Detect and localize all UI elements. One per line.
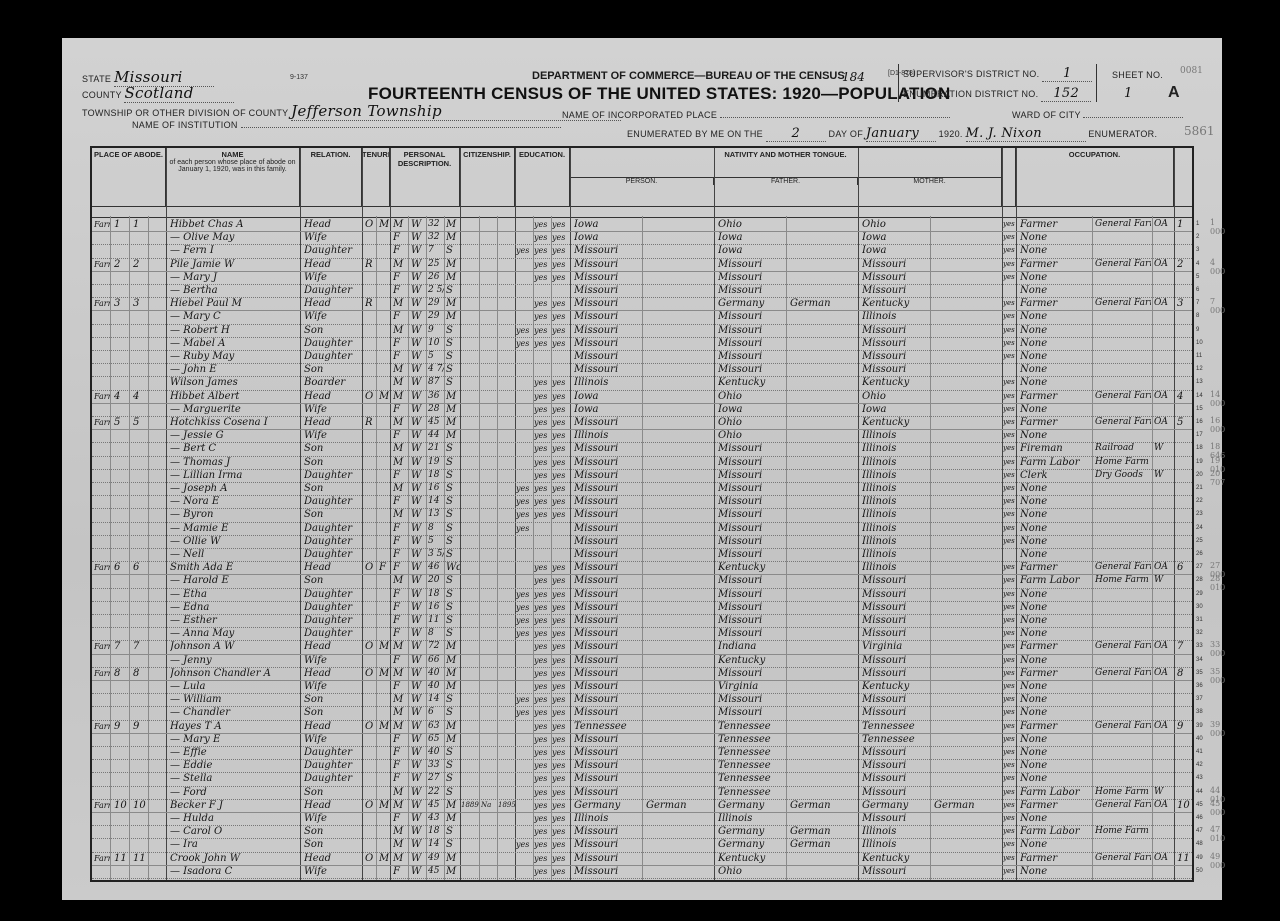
street-cell: Farm <box>94 258 110 271</box>
write-cell: yes <box>552 680 569 693</box>
sex-cell: F <box>393 614 407 627</box>
mother-tongue-cell <box>934 825 1000 838</box>
immigration-year-cell <box>461 456 479 469</box>
name-heading: NAME <box>166 148 299 159</box>
marital-cell: M <box>446 799 460 812</box>
family-cell <box>133 469 147 482</box>
family-cell <box>133 759 147 772</box>
marital-cell: S <box>446 376 460 389</box>
line-number: 31 <box>1196 617 1203 623</box>
line-number: 28 <box>1196 577 1203 583</box>
marital-cell: Wd <box>446 561 460 574</box>
write-cell: yes <box>552 786 569 799</box>
table-row: — Carol O Son M W 18 S yes yes Missouri … <box>92 825 1192 839</box>
line-number: 6 <box>1196 287 1199 293</box>
mother-tongue-cell <box>934 363 1000 376</box>
mortgage-cell <box>379 865 389 878</box>
mother-birthplace-cell: Missouri <box>862 601 928 614</box>
table-row: — Mary C Wife F W 29 M yes yes Missouri … <box>92 310 1192 324</box>
birthplace-cell: Missouri <box>574 469 640 482</box>
house-cell <box>114 825 128 838</box>
margin-number: 4 000 <box>1210 258 1225 276</box>
trade-cell: None <box>1020 363 1090 376</box>
table-row: — Esther Daughter F W 11 S yes yes yes M… <box>92 614 1192 628</box>
read-cell <box>534 548 551 561</box>
tongue-cell <box>646 852 712 865</box>
naturalized-year-cell <box>498 337 515 350</box>
trade-cell: None <box>1020 838 1090 851</box>
english-cell: yes <box>1003 693 1016 706</box>
mother-tongue-cell <box>934 324 1000 337</box>
marital-cell: S <box>446 786 460 799</box>
family-cell <box>133 825 147 838</box>
relation-heading: RELATION. <box>300 148 361 159</box>
race-cell: W <box>411 588 425 601</box>
mother-birthplace-cell: Iowa <box>862 231 928 244</box>
farm-cell <box>1177 350 1192 363</box>
birthplace-cell: Missouri <box>574 297 640 310</box>
class-cell <box>1154 376 1174 389</box>
industry-cell: General Farm <box>1095 640 1151 653</box>
birthplace-cell: Iowa <box>574 231 640 244</box>
race-cell: W <box>411 324 425 337</box>
institution-label: NAME OF INSTITUTION <box>132 120 238 130</box>
table-row: — John E Son M W 4 7/12 S Missouri Misso… <box>92 363 1192 377</box>
birthplace-cell: Missouri <box>574 746 640 759</box>
street-cell: Farm <box>94 640 110 653</box>
naturalized-year-cell <box>498 838 515 851</box>
mortgage-cell <box>379 482 389 495</box>
name-cell: — Nell <box>170 548 298 561</box>
english-cell: yes <box>1003 231 1016 244</box>
school-cell: yes <box>516 601 533 614</box>
father-birthplace-cell: Missouri <box>718 522 784 535</box>
house-cell: 1 <box>114 218 128 231</box>
birthplace-cell: Missouri <box>574 522 640 535</box>
immigration-year-cell <box>461 838 479 851</box>
class-cell: OA <box>1154 258 1174 271</box>
tongue-cell <box>646 812 712 825</box>
write-cell: yes <box>552 429 569 442</box>
industry-cell <box>1095 548 1151 561</box>
table-row: Farm 2 2 Pile Jamie W Head R M W 25 M ye… <box>92 258 1192 272</box>
race-cell: W <box>411 429 425 442</box>
race-cell: W <box>411 759 425 772</box>
school-cell: yes <box>516 495 533 508</box>
father-tongue-cell <box>790 324 856 337</box>
english-cell: yes <box>1003 522 1016 535</box>
birthplace-cell: Missouri <box>574 482 640 495</box>
naturalized-year-cell <box>498 456 515 469</box>
sex-cell: F <box>393 522 407 535</box>
naturalized-year-cell <box>498 350 515 363</box>
table-row: — Mamie E Daughter F W 8 S yes Missouri … <box>92 522 1192 536</box>
mother-birthplace-cell: Missouri <box>862 614 928 627</box>
line-number: 33 <box>1196 643 1203 649</box>
name-cell: — Chandler <box>170 706 298 719</box>
tenure-heading: TENURE. <box>362 148 389 159</box>
naturalized-year-cell <box>498 733 515 746</box>
farm-cell <box>1177 746 1192 759</box>
trade-cell: None <box>1020 508 1090 521</box>
trade-cell: None <box>1020 812 1090 825</box>
name-cell: — Lillian Irma <box>170 469 298 482</box>
industry-cell <box>1095 706 1151 719</box>
trade-cell: None <box>1020 271 1090 284</box>
race-cell: W <box>411 456 425 469</box>
table-row: Farm 1 1 Hibbet Chas A Head O M M W 32 M… <box>92 218 1192 232</box>
tongue-cell <box>646 337 712 350</box>
birthplace-cell: Tennessee <box>574 720 640 733</box>
english-cell: yes <box>1003 746 1016 759</box>
family-cell <box>133 508 147 521</box>
line-number: 30 <box>1196 604 1203 610</box>
street-cell <box>94 865 110 878</box>
farm-cell: 9 <box>1177 720 1192 733</box>
immigration-year-cell <box>461 363 479 376</box>
naturalized-year-cell <box>498 706 515 719</box>
farm-cell <box>1177 522 1192 535</box>
trade-cell: None <box>1020 733 1090 746</box>
incorporated-place-value <box>720 117 950 118</box>
table-row: — Mabel A Daughter F W 10 S yes yes yes … <box>92 337 1192 351</box>
margin-number: 14 000 <box>1210 390 1225 408</box>
write-cell: yes <box>552 720 569 733</box>
mother-tongue-cell <box>934 495 1000 508</box>
industry-cell <box>1095 244 1151 257</box>
race-cell: W <box>411 733 425 746</box>
family-cell: 7 <box>133 640 147 653</box>
tongue-cell <box>646 535 712 548</box>
tongue-cell <box>646 720 712 733</box>
write-cell: yes <box>552 640 569 653</box>
read-cell: yes <box>534 799 551 812</box>
father-birthplace-cell: Missouri <box>718 535 784 548</box>
family-cell: 3 <box>133 297 147 310</box>
father-tongue-cell <box>790 812 856 825</box>
owned-cell: O <box>365 390 375 403</box>
table-row: — Mary E Wife F W 65 M yes yes Missouri … <box>92 733 1192 747</box>
naturalized-cell <box>481 442 497 455</box>
family-cell <box>133 693 147 706</box>
father-birthplace-cell: Missouri <box>718 337 784 350</box>
read-cell: yes <box>534 720 551 733</box>
age-cell: 27 <box>428 772 444 785</box>
owned-cell <box>365 759 375 772</box>
farm-cell <box>1177 442 1192 455</box>
industry-cell <box>1095 310 1151 323</box>
house-cell <box>114 535 128 548</box>
immigration-year-cell: 1889 <box>461 799 479 812</box>
header-nativity: NATIVITY AND MOTHER TONGUE. PERSON. FATH… <box>570 148 1002 206</box>
sex-cell: M <box>393 442 407 455</box>
age-cell: 40 <box>428 746 444 759</box>
family-cell <box>133 403 147 416</box>
naturalized-cell <box>481 271 497 284</box>
farm-cell <box>1177 310 1192 323</box>
age-cell: 21 <box>428 442 444 455</box>
owned-cell <box>365 535 375 548</box>
line-number: 42 <box>1196 762 1203 768</box>
tongue-cell <box>646 244 712 257</box>
father-birthplace-cell: Ohio <box>718 429 784 442</box>
naturalized-cell <box>481 588 497 601</box>
line-number: 38 <box>1196 709 1203 715</box>
father-tongue-cell <box>790 535 856 548</box>
naturalized-cell <box>481 640 497 653</box>
write-cell <box>552 548 569 561</box>
write-cell: yes <box>552 667 569 680</box>
tongue-cell <box>646 482 712 495</box>
marital-cell: M <box>446 231 460 244</box>
age-cell: 8 <box>428 522 444 535</box>
mother-tongue-cell <box>934 852 1000 865</box>
race-cell: W <box>411 297 425 310</box>
write-cell: yes <box>552 337 569 350</box>
birthplace-cell: Missouri <box>574 574 640 587</box>
birthplace-cell: Missouri <box>574 640 640 653</box>
relation-cell: Son <box>304 482 360 495</box>
age-cell: 87 <box>428 376 444 389</box>
english-cell: yes <box>1003 482 1016 495</box>
street-cell <box>94 838 110 851</box>
tongue-cell <box>646 588 712 601</box>
owned-cell <box>365 350 375 363</box>
house-cell: 7 <box>114 640 128 653</box>
school-cell <box>516 865 533 878</box>
mother-birthplace-cell: Missouri <box>862 337 928 350</box>
mother-tongue-cell <box>934 297 1000 310</box>
table-row: — Harold E Son M W 20 S yes yes Missouri… <box>92 574 1192 588</box>
farm-cell <box>1177 759 1192 772</box>
write-cell: yes <box>552 310 569 323</box>
birthplace-cell: Iowa <box>574 390 640 403</box>
trade-cell: None <box>1020 350 1090 363</box>
read-cell: yes <box>534 838 551 851</box>
school-cell <box>516 759 533 772</box>
immigration-year-cell <box>461 772 479 785</box>
trade-cell: None <box>1020 244 1090 257</box>
industry-cell <box>1095 363 1151 376</box>
trade-cell: Farmer <box>1020 297 1090 310</box>
enum-day: 2 <box>766 126 826 142</box>
line-number: 9 <box>1196 327 1199 333</box>
industry-cell <box>1095 654 1151 667</box>
family-cell <box>133 231 147 244</box>
mortgage-cell <box>379 706 389 719</box>
house-cell <box>114 403 128 416</box>
name-cell: — Carol O <box>170 825 298 838</box>
school-cell <box>516 640 533 653</box>
tongue-cell <box>646 495 712 508</box>
relation-cell: Daughter <box>304 759 360 772</box>
street-cell <box>94 627 110 640</box>
mother-birthplace-cell: Illinois <box>862 456 928 469</box>
english-cell <box>1003 363 1016 376</box>
name-cell: Wilson James <box>170 376 298 389</box>
immigration-year-cell <box>461 561 479 574</box>
naturalized-cell <box>481 601 497 614</box>
marital-cell: S <box>446 522 460 535</box>
class-cell <box>1154 350 1174 363</box>
sex-cell: F <box>393 350 407 363</box>
naturalized-year-cell <box>498 258 515 271</box>
immigration-year-cell <box>461 614 479 627</box>
english-cell: yes <box>1003 825 1016 838</box>
mother-subheading: MOTHER. <box>858 178 1001 185</box>
school-cell <box>516 786 533 799</box>
class-cell <box>1154 429 1174 442</box>
mortgage-cell <box>379 548 389 561</box>
owned-cell <box>365 284 375 297</box>
mortgage-cell <box>379 258 389 271</box>
age-cell: 4 7/12 <box>428 363 444 376</box>
english-cell: yes <box>1003 258 1016 271</box>
naturalized-year-cell <box>498 495 515 508</box>
immigration-year-cell <box>461 574 479 587</box>
write-cell <box>552 350 569 363</box>
marital-cell: M <box>446 852 460 865</box>
owned-cell <box>365 271 375 284</box>
mother-birthplace-cell: Illinois <box>862 310 928 323</box>
naturalized-year-cell <box>498 825 515 838</box>
owned-cell <box>365 244 375 257</box>
naturalized-cell <box>481 456 497 469</box>
mortgage-cell: M <box>379 852 389 865</box>
street-cell <box>94 324 110 337</box>
father-tongue-cell <box>790 376 856 389</box>
owned-cell <box>365 786 375 799</box>
immigration-year-cell <box>461 706 479 719</box>
naturalized-cell <box>481 376 497 389</box>
owned-cell: R <box>365 258 375 271</box>
age-cell: 22 <box>428 786 444 799</box>
naturalized-cell <box>481 244 497 257</box>
house-cell <box>114 495 128 508</box>
owned-cell <box>365 442 375 455</box>
english-cell: yes <box>1003 667 1016 680</box>
relation-cell: Head <box>304 218 360 231</box>
street-cell <box>94 284 110 297</box>
read-cell <box>534 522 551 535</box>
marital-cell: S <box>446 772 460 785</box>
school-cell <box>516 469 533 482</box>
father-birthplace-cell: Tennessee <box>718 772 784 785</box>
line-number: 19 <box>1196 459 1203 465</box>
naturalized-cell <box>481 720 497 733</box>
marital-cell: S <box>446 324 460 337</box>
father-tongue-cell <box>790 574 856 587</box>
write-cell: yes <box>552 733 569 746</box>
english-cell: yes <box>1003 403 1016 416</box>
line-number: 50 <box>1196 868 1203 874</box>
trade-cell: None <box>1020 310 1090 323</box>
birthplace-cell: Missouri <box>574 535 640 548</box>
class-cell: OA <box>1154 416 1174 429</box>
line-number: 14 <box>1196 393 1203 399</box>
class-cell <box>1154 772 1174 785</box>
class-cell: OA <box>1154 297 1174 310</box>
trade-cell: Farm Labor <box>1020 574 1090 587</box>
naturalized-year-cell <box>498 244 515 257</box>
name-cell: — Effie <box>170 746 298 759</box>
mortgage-cell <box>379 601 389 614</box>
write-cell <box>552 363 569 376</box>
race-cell: W <box>411 244 425 257</box>
class-cell: OA <box>1154 390 1174 403</box>
father-tongue-cell <box>790 495 856 508</box>
race-cell: W <box>411 469 425 482</box>
enum-year: 1920. <box>939 129 963 139</box>
family-cell: 10 <box>133 799 147 812</box>
street-cell <box>94 706 110 719</box>
class-cell: W <box>1154 786 1174 799</box>
naturalized-year-cell <box>498 693 515 706</box>
enumerator-name: M. J. Nixon <box>966 126 1086 142</box>
marital-cell: S <box>446 482 460 495</box>
marital-cell: M <box>446 390 460 403</box>
father-birthplace-cell: Missouri <box>718 601 784 614</box>
table-row: — Edna Daughter F W 16 S yes yes yes Mis… <box>92 601 1192 615</box>
trade-cell: None <box>1020 588 1090 601</box>
father-birthplace-cell: Missouri <box>718 667 784 680</box>
table-row: — Hulda Wife F W 43 M yes yes Illinois I… <box>92 812 1192 826</box>
mortgage-cell <box>379 271 389 284</box>
immigration-year-cell <box>461 746 479 759</box>
table-row: — Effie Daughter F W 40 S yes yes Missou… <box>92 746 1192 760</box>
class-cell <box>1154 495 1174 508</box>
farm-cell <box>1177 456 1192 469</box>
race-cell: W <box>411 614 425 627</box>
english-cell: yes <box>1003 535 1016 548</box>
race-cell: W <box>411 403 425 416</box>
mother-birthplace-cell: Illinois <box>862 442 928 455</box>
marital-cell: S <box>446 337 460 350</box>
family-cell <box>133 838 147 851</box>
owned-cell <box>365 456 375 469</box>
line-number: 41 <box>1196 749 1203 755</box>
house-cell: 9 <box>114 720 128 733</box>
mortgage-cell: M <box>379 390 389 403</box>
marital-cell: M <box>446 297 460 310</box>
age-cell: 3 5/12 <box>428 548 444 561</box>
father-tongue-cell <box>790 508 856 521</box>
read-cell: yes <box>534 390 551 403</box>
read-cell: yes <box>534 508 551 521</box>
age-cell: 18 <box>428 469 444 482</box>
immigration-year-cell <box>461 786 479 799</box>
naturalized-year-cell <box>498 403 515 416</box>
tongue-cell <box>646 654 712 667</box>
relation-cell: Daughter <box>304 337 360 350</box>
english-cell: yes <box>1003 812 1016 825</box>
mortgage-cell: M <box>379 667 389 680</box>
sex-cell: M <box>393 838 407 851</box>
trade-cell: None <box>1020 654 1090 667</box>
sex-cell: M <box>393 706 407 719</box>
write-cell: yes <box>552 442 569 455</box>
english-cell: yes <box>1003 508 1016 521</box>
english-cell: yes <box>1003 297 1016 310</box>
read-cell: yes <box>534 614 551 627</box>
owned-cell <box>365 706 375 719</box>
name-cell: Crook John W <box>170 852 298 865</box>
house-cell <box>114 654 128 667</box>
birthplace-cell: Missouri <box>574 508 640 521</box>
father-tongue-cell <box>790 231 856 244</box>
read-cell: yes <box>534 324 551 337</box>
relation-cell: Daughter <box>304 495 360 508</box>
